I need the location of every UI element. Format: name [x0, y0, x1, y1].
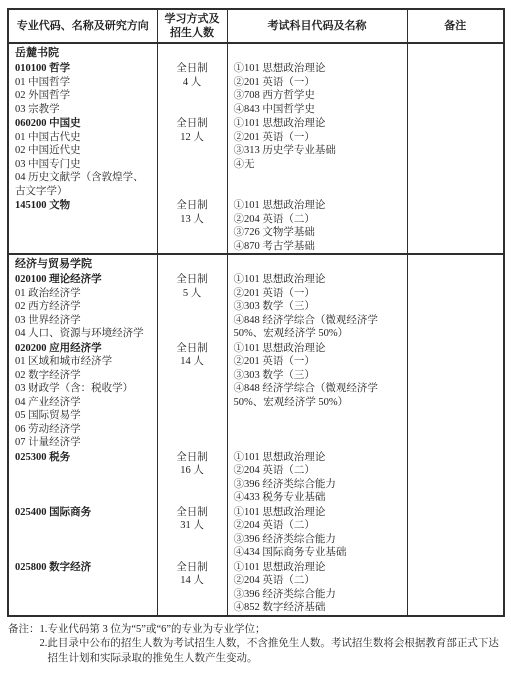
study-mode: 全日制 — [160, 451, 225, 465]
research-direction: 01 政治经济学 — [15, 287, 153, 301]
remark-cell — [407, 116, 504, 198]
study-mode: 全日制 — [160, 561, 225, 575]
exam-subject: ③708 西方哲学史 — [234, 89, 403, 103]
mode-cell — [157, 43, 227, 61]
exam-subject: ③303 数学（三） — [234, 300, 403, 314]
mode-quota-cell: 全日制4 人 — [157, 61, 227, 116]
remark-cell — [407, 560, 504, 616]
enrollment-quota: 13 人 — [160, 213, 225, 227]
header-exam-subjects: 考试科目代码及名称 — [227, 9, 407, 43]
header-remark: 备注 — [407, 9, 504, 43]
remark-cell — [407, 341, 504, 450]
exam-subject: ②204 英语（二） — [234, 519, 403, 533]
research-direction: 01 中国哲学 — [15, 76, 153, 90]
exam-subjects-cell: ①101 思想政治理论②204 英语（二）③396 经济类综合能力④433 税务… — [227, 450, 407, 505]
remark-cell — [407, 43, 504, 61]
major-cell: 025300 税务 — [8, 450, 157, 505]
program-code-name: 025400 国际商务 — [15, 506, 153, 520]
enrollment-quota: 4 人 — [160, 76, 225, 90]
major-cell: 145100 文物 — [8, 198, 157, 254]
program-code-name: 020100 理论经济学 — [15, 273, 153, 287]
exam-subject: ①101 思想政治理论 — [234, 273, 403, 287]
exam-subject: ②201 英语（一） — [234, 287, 403, 301]
remark-cell — [407, 254, 504, 272]
note-item: 2.此目录中公布的招生人数为考试招生人数，不含推免生人数。考试招生数将会根据教育… — [40, 637, 505, 666]
exam-subject: ③396 经济类综合能力 — [234, 533, 403, 547]
research-direction: 05 国际贸易学 — [15, 409, 153, 423]
exam-subject: ③396 经济类综合能力 — [234, 478, 403, 492]
exam-subjects-cell: ①101 思想政治理论②204 英语（二）③726 文物学基础④870 考古学基… — [227, 198, 407, 254]
exam-subjects-cell: ①101 思想政治理论②201 英语（一）③303 数学（三）④848 经济学综… — [227, 272, 407, 341]
exam-subject: ①101 思想政治理论 — [234, 62, 403, 76]
study-mode: 全日制 — [160, 62, 225, 76]
subjects-cell — [227, 43, 407, 61]
exam-subject: ②201 英语（一） — [234, 131, 403, 145]
exam-subject: ③726 文物学基础 — [234, 226, 403, 240]
major-cell: 060200 中国史01 中国古代史02 中国近代史03 中国专门史04 历史文… — [8, 116, 157, 198]
program-code-name: 010100 哲学 — [15, 62, 153, 76]
research-direction: 03 世界经济学 — [15, 314, 153, 328]
exam-subject: ①101 思想政治理论 — [234, 342, 403, 356]
research-direction: 04 历史文献学（含敦煌学、古文字学） — [15, 171, 153, 198]
program-row: 020200 应用经济学01 区域和城市经济学02 数字经济学03 财政学（含：… — [8, 341, 504, 450]
exam-subject: ①101 思想政治理论 — [234, 117, 403, 131]
research-direction: 04 产业经济学 — [15, 396, 153, 410]
research-direction: 03 财政学（含：税收学） — [15, 382, 153, 396]
exam-subject: ④870 考古学基础 — [234, 240, 403, 254]
program-row: 010100 哲学01 中国哲学02 外国哲学03 宗教学全日制4 人①101 … — [8, 61, 504, 116]
research-direction: 02 西方经济学 — [15, 300, 153, 314]
section-name-row: 岳麓书院 — [8, 43, 504, 61]
exam-subject: ③396 经济类综合能力 — [234, 588, 403, 602]
major-cell: 025800 数字经济 — [8, 560, 157, 616]
research-direction: 01 中国古代史 — [15, 131, 153, 145]
remark-cell — [407, 272, 504, 341]
major-cell: 020200 应用经济学01 区域和城市经济学02 数字经济学03 财政学（含：… — [8, 341, 157, 450]
exam-subject: ④无 — [234, 158, 403, 172]
exam-subject: ②201 英语（一） — [234, 355, 403, 369]
major-cell: 020100 理论经济学01 政治经济学02 西方经济学03 世界经济学04 人… — [8, 272, 157, 341]
study-mode: 全日制 — [160, 273, 225, 287]
exam-subject: ②204 英语（二） — [234, 464, 403, 478]
research-direction: 03 宗教学 — [15, 103, 153, 117]
exam-subject: ④852 数字经济基础 — [234, 601, 403, 615]
program-row: 060200 中国史01 中国古代史02 中国近代史03 中国专门史04 历史文… — [8, 116, 504, 198]
research-direction: 02 数字经济学 — [15, 369, 153, 383]
study-mode: 全日制 — [160, 199, 225, 213]
section-name-cell: 经济与贸易学院 — [8, 254, 157, 272]
exam-subject: ④843 中国哲学史 — [234, 103, 403, 117]
header-row: 专业代码、名称及研究方向 学习方式及 招生人数 考试科目代码及名称 备注 — [8, 9, 504, 43]
enrollment-quota: 5 人 — [160, 287, 225, 301]
mode-cell — [157, 254, 227, 272]
program-row: 025800 数字经济全日制14 人①101 思想政治理论②204 英语（二）③… — [8, 560, 504, 616]
major-cell: 010100 哲学01 中国哲学02 外国哲学03 宗教学 — [8, 61, 157, 116]
exam-subject: ③303 数学（三） — [234, 369, 403, 383]
exam-subjects-cell: ①101 思想政治理论②201 英语（一）③708 西方哲学史④843 中国哲学… — [227, 61, 407, 116]
note-item: 1.专业代码第 3 位为“5”或“6”的专业为专业学位； — [40, 623, 505, 638]
major-cell: 025400 国际商务 — [8, 505, 157, 560]
program-row: 145100 文物全日制13 人①101 思想政治理论②204 英语（二）③72… — [8, 198, 504, 254]
admission-catalog-page: 专业代码、名称及研究方向 学习方式及 招生人数 考试科目代码及名称 备注 岳麓书… — [0, 0, 511, 666]
research-direction: 02 外国哲学 — [15, 89, 153, 103]
remark-cell — [407, 61, 504, 116]
exam-subject: ①101 思想政治理论 — [234, 199, 403, 213]
exam-subject: ③313 历史学专业基础 — [234, 144, 403, 158]
subjects-cell — [227, 254, 407, 272]
remark-cell — [407, 450, 504, 505]
section-name-row: 经济与贸易学院 — [8, 254, 504, 272]
program-row: 025300 税务全日制16 人①101 思想政治理论②204 英语（二）③39… — [8, 450, 504, 505]
catalog-table: 专业代码、名称及研究方向 学习方式及 招生人数 考试科目代码及名称 备注 岳麓书… — [7, 8, 505, 617]
exam-subject: ④848 经济学综合（微观经济学 50%、宏观经济学 50%） — [234, 382, 403, 409]
header-mode-quota: 学习方式及 招生人数 — [157, 9, 227, 43]
mode-quota-cell: 全日制31 人 — [157, 505, 227, 560]
notes-items: 1.专业代码第 3 位为“5”或“6”的专业为专业学位；2.此目录中公布的招生人… — [40, 623, 505, 667]
study-mode: 全日制 — [160, 117, 225, 131]
exam-subject: ②204 英语（二） — [234, 574, 403, 588]
exam-subject: ④848 经济学综合（微观经济学 50%、宏观经济学 50%） — [234, 314, 403, 341]
mode-quota-cell: 全日制12 人 — [157, 116, 227, 198]
enrollment-quota: 31 人 — [160, 519, 225, 533]
college-section: 岳麓书院010100 哲学01 中国哲学02 外国哲学03 宗教学全日制4 人①… — [8, 43, 504, 254]
notes: 备注： 1.专业代码第 3 位为“5”或“6”的专业为专业学位；2.此目录中公布… — [7, 623, 504, 667]
table-header: 专业代码、名称及研究方向 学习方式及 招生人数 考试科目代码及名称 备注 — [8, 9, 504, 43]
exam-subject: ②201 英语（一） — [234, 76, 403, 90]
exam-subjects-cell: ①101 思想政治理论②204 英语（二）③396 经济类综合能力④434 国际… — [227, 505, 407, 560]
research-direction: 01 区域和城市经济学 — [15, 355, 153, 369]
section-name: 岳麓书院 — [15, 46, 153, 60]
mode-quota-cell: 全日制13 人 — [157, 198, 227, 254]
notes-label: 备注： — [8, 623, 40, 638]
mode-quota-cell: 全日制5 人 — [157, 272, 227, 341]
mode-quota-cell: 全日制16 人 — [157, 450, 227, 505]
section-name-cell: 岳麓书院 — [8, 43, 157, 61]
exam-subjects-cell: ①101 思想政治理论②201 英语（一）③313 历史学专业基础④无 — [227, 116, 407, 198]
program-row: 020100 理论经济学01 政治经济学02 西方经济学03 世界经济学04 人… — [8, 272, 504, 341]
header-major-code: 专业代码、名称及研究方向 — [8, 9, 157, 43]
exam-subject: ④433 税务专业基础 — [234, 491, 403, 505]
research-direction: 03 中国专门史 — [15, 158, 153, 172]
exam-subjects-cell: ①101 思想政治理论②204 英语（二）③396 经济类综合能力④852 数字… — [227, 560, 407, 616]
research-direction: 04 人口、资源与环境经济学 — [15, 327, 153, 341]
mode-quota-cell: 全日制14 人 — [157, 341, 227, 450]
program-code-name: 025300 税务 — [15, 451, 153, 465]
exam-subjects-cell: ①101 思想政治理论②201 英语（一）③303 数学（三）④848 经济学综… — [227, 341, 407, 450]
research-direction: 07 计量经济学 — [15, 436, 153, 450]
program-row: 025400 国际商务全日制31 人①101 思想政治理论②204 英语（二）③… — [8, 505, 504, 560]
program-code-name: 060200 中国史 — [15, 117, 153, 131]
section-name: 经济与贸易学院 — [15, 257, 153, 271]
enrollment-quota: 14 人 — [160, 574, 225, 588]
research-direction: 06 劳动经济学 — [15, 423, 153, 437]
research-direction: 02 中国近代史 — [15, 144, 153, 158]
exam-subject: ①101 思想政治理论 — [234, 506, 403, 520]
mode-quota-cell: 全日制14 人 — [157, 560, 227, 616]
college-section: 经济与贸易学院020100 理论经济学01 政治经济学02 西方经济学03 世界… — [8, 254, 504, 616]
program-code-name: 145100 文物 — [15, 199, 153, 213]
exam-subject: ①101 思想政治理论 — [234, 451, 403, 465]
enrollment-quota: 16 人 — [160, 464, 225, 478]
exam-subject: ②204 英语（二） — [234, 213, 403, 227]
exam-subject: ④434 国际商务专业基础 — [234, 546, 403, 560]
exam-subject: ①101 思想政治理论 — [234, 561, 403, 575]
program-code-name: 025800 数字经济 — [15, 561, 153, 575]
enrollment-quota: 14 人 — [160, 355, 225, 369]
remark-cell — [407, 505, 504, 560]
remark-cell — [407, 198, 504, 254]
enrollment-quota: 12 人 — [160, 131, 225, 145]
study-mode: 全日制 — [160, 342, 225, 356]
study-mode: 全日制 — [160, 506, 225, 520]
program-code-name: 020200 应用经济学 — [15, 342, 153, 356]
